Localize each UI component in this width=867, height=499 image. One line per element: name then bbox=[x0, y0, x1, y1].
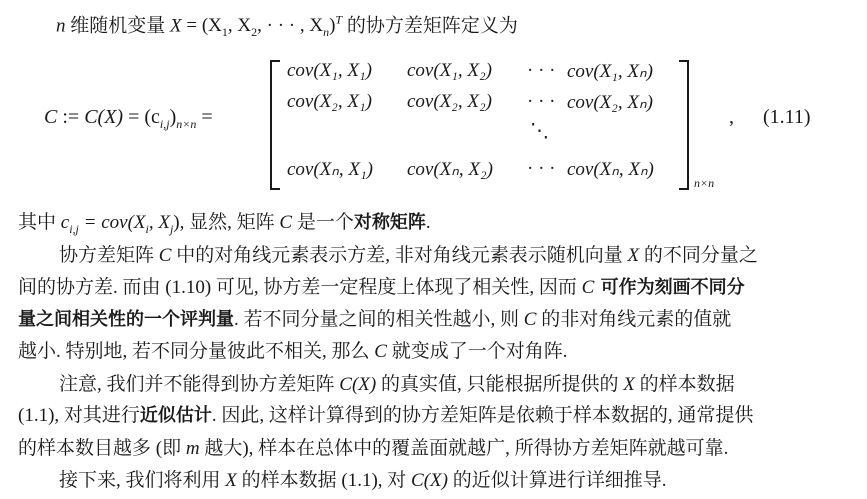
paragraph-line: 协方差矩阵 C 中的对角线元素表示方差, 非对角线元素表示随机向量 X 的不同分… bbox=[59, 242, 758, 270]
bold-term: 近似估计 bbox=[140, 405, 212, 426]
paragraph-line: (1.1), 对其进行近似估计. 因此, 这样计算得到的协方差矩阵是依赖于样本数… bbox=[18, 402, 753, 430]
equation-comma: , bbox=[729, 106, 734, 129]
equation-lhs: C := C(X) = (ci,j)n×n = bbox=[44, 106, 213, 132]
matrix-cell: cov(Xₙ, X₂) bbox=[407, 158, 493, 181]
math-n: n bbox=[56, 15, 66, 36]
paragraph-line: 接下来, 我们将利用 X 的样本数据 (1.1), 对 C(X) 的近似计算进行… bbox=[59, 467, 666, 495]
matrix-left-bracket bbox=[270, 60, 280, 190]
matrix-cell: cov(X₁, Xₙ) bbox=[567, 60, 653, 83]
matrix-size-subscript: n×n bbox=[694, 176, 714, 191]
bold-term: 量之间相关性的一个评判量 bbox=[18, 309, 234, 330]
paragraph-line: 其中 ci,j = cov(Xi, Xj), 显然, 矩阵 C 是一个对称矩阵. bbox=[18, 209, 431, 243]
matrix-right-bracket bbox=[679, 60, 689, 190]
paragraph-line: 的样本数目越多 (即 m 越大), 样本在总体中的覆盖面就越广, 所得协方差矩阵… bbox=[18, 435, 728, 463]
matrix-diagonal-dots: ⋱ bbox=[530, 120, 549, 143]
matrix-cell: cov(X₂, X₂) bbox=[407, 91, 492, 113]
intro-line: n 维随机变量 X = (X1, X2, · · · , Xn)T 的协方差矩阵… bbox=[56, 6, 518, 46]
matrix-cell: · · · bbox=[527, 91, 555, 113]
matrix-cell: · · · bbox=[527, 158, 555, 180]
equation-number: (1.11) bbox=[763, 106, 811, 129]
vector-definition: = (X1, X2, · · · , Xn)T bbox=[182, 15, 342, 36]
paragraph-line: 量之间相关性的一个评判量. 若不同分量之间的相关性越小, 则 C 的非对角线元素… bbox=[18, 306, 731, 334]
matrix-cell: · · · bbox=[527, 60, 555, 82]
paragraph-line: 注意, 我们并不能得到协方差矩阵 C(X) 的真实值, 只能根据所提供的 X 的… bbox=[59, 371, 735, 399]
bold-term: 对称矩阵 bbox=[354, 212, 426, 233]
matrix-cell: cov(X₁, X₁) bbox=[287, 60, 372, 82]
matrix-cell: cov(X₁, X₂) bbox=[407, 60, 492, 82]
matrix-cell: cov(X₂, X₁) bbox=[287, 91, 372, 113]
paragraph-line: 越小. 特别地, 若不同分量彼此不相关, 那么 C 就变成了一个对角阵. bbox=[18, 338, 567, 366]
paragraph-line: 间的协方差. 而由 (1.10) 可见, 协方差一定程度上体现了相关性, 因而 … bbox=[18, 274, 745, 302]
matrix-cell: cov(X₂, Xₙ) bbox=[567, 91, 653, 114]
matrix-cell: cov(Xₙ, X₁) bbox=[287, 158, 373, 181]
matrix-cell: cov(Xₙ, Xₙ) bbox=[567, 158, 654, 181]
bold-term: 可作为刻画不同分 bbox=[594, 277, 744, 298]
